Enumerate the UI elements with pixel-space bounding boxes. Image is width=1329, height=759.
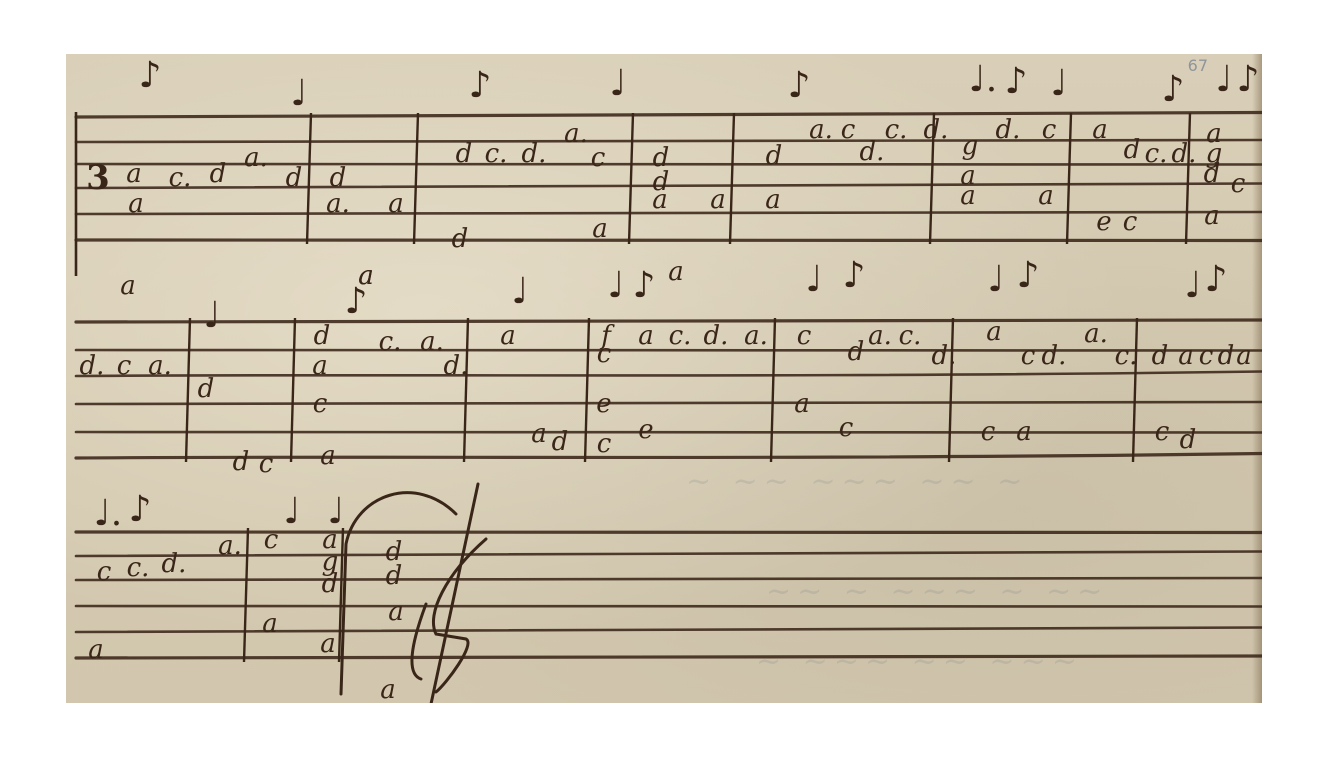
tablature-letter: a — [358, 263, 374, 289]
tablature-letter: d — [198, 376, 215, 402]
rhythm-flag-icon: ♪ — [633, 268, 656, 304]
tablature-letter: c — [981, 419, 996, 445]
tablature-letter: c — [313, 391, 328, 417]
tablature-letter: a — [638, 323, 654, 349]
tablature-letter: c. — [485, 141, 508, 167]
rhythm-flag-icon: ♪ — [1237, 62, 1260, 98]
tablature-letter: a. — [868, 323, 892, 349]
tablature-letter: a — [531, 421, 547, 447]
tablature-letter: c. — [1115, 343, 1138, 369]
rhythm-flag-icon: ♪ — [1017, 258, 1040, 294]
barline — [307, 113, 311, 244]
tablature-letter: c — [1021, 343, 1036, 369]
tablature-letter: a — [312, 353, 328, 379]
rhythm-flag-icon: ♪ — [843, 258, 866, 294]
tablature-letter: d — [1218, 343, 1235, 369]
tablature-letter: c — [597, 341, 612, 367]
tablature-letter: a — [668, 259, 684, 285]
tablature-letter: e — [1096, 209, 1111, 235]
time-signature: 3 — [86, 161, 110, 195]
tablature-letter: a — [1178, 343, 1194, 369]
tablature-letter: c. — [899, 323, 922, 349]
rhythm-flag-icon: ♩ — [988, 262, 1005, 298]
tablature-letter: d. — [704, 323, 729, 349]
tablature-letter: c — [597, 431, 612, 457]
tablature-letter: c — [1155, 419, 1170, 445]
staff-line — [76, 552, 1262, 557]
rhythm-flag-icon: ♪ — [1005, 64, 1028, 100]
tablature-letter: a — [126, 161, 142, 187]
tablature-letter: c. — [885, 117, 908, 143]
tablature-letter: d — [286, 165, 303, 191]
tablature-letter: a — [388, 191, 404, 217]
tablature-letter: a. — [1084, 321, 1108, 347]
tablature-letter: a — [88, 637, 104, 663]
staff-line — [76, 212, 1262, 215]
barline — [949, 318, 953, 462]
tablature-letter: d. — [924, 117, 949, 143]
rhythm-flag-icon: ♩ — [610, 66, 627, 102]
tablature-letter: d. — [444, 353, 469, 379]
tablature-letter: a — [592, 216, 608, 242]
barline — [1186, 113, 1190, 244]
tablature-letter: d. — [162, 551, 187, 577]
tablature-letter: d — [314, 323, 331, 349]
tablature-letter: a. — [420, 329, 444, 355]
staff-line — [76, 656, 1262, 658]
tablature-letter: d — [330, 165, 347, 191]
tablature-letter: c — [1123, 209, 1138, 235]
tablature-letter: c — [1231, 171, 1246, 197]
tablature-letter: a — [1038, 183, 1054, 209]
tablature-letter: a. — [148, 353, 172, 379]
tablature-letter: d — [386, 563, 403, 589]
tablature-letter: d — [452, 226, 469, 252]
staff-line — [76, 628, 1262, 633]
barline — [186, 318, 190, 462]
tablature-letter: d — [233, 449, 250, 475]
staff-line — [76, 578, 1262, 580]
tablature-letter: d. — [932, 343, 957, 369]
rhythm-flag-icon: ♩ — [1051, 66, 1068, 102]
tablature-letter: e — [596, 391, 611, 417]
rhythm-flag-icon: ♩ — [608, 268, 625, 304]
tablature-letter: d — [1152, 343, 1169, 369]
rhythm-flag-icon: ♩ — [1185, 268, 1202, 304]
tablature-letter: c — [591, 145, 606, 171]
tablature-letter: d — [322, 571, 339, 597]
tablature-letter: e — [638, 417, 653, 443]
tablature-letter: d — [210, 161, 227, 187]
tablature-letter: a — [960, 183, 976, 209]
tablature-letter: a — [380, 677, 396, 703]
tablature-letter: a — [500, 323, 516, 349]
staff-line — [76, 402, 1262, 404]
tablature-letter: c — [839, 415, 854, 441]
tablature-letter: d — [1204, 161, 1221, 187]
rhythm-flag-icon: ♩ — [204, 298, 221, 334]
rhythm-flag-icon: ♪ — [139, 58, 162, 94]
staff-line — [76, 454, 1262, 459]
barline — [1133, 318, 1137, 462]
rhythm-flag-icon: ♪ — [129, 492, 152, 528]
tablature-letter: d — [1124, 137, 1141, 163]
tablature-letter: c. — [169, 165, 192, 191]
tablature-letter: a — [652, 187, 668, 213]
tablature-letter: c — [841, 117, 856, 143]
final-flourish — [341, 484, 486, 703]
barline — [291, 318, 295, 462]
rhythm-flag-icon: ♩ — [284, 494, 301, 530]
system-3 — [76, 528, 1262, 662]
barline — [629, 113, 633, 244]
tablature-letter: d. — [860, 139, 885, 165]
tablature-letter: a — [128, 191, 144, 217]
tablature-letter: a. — [218, 533, 242, 559]
tablature-letter: d. — [1042, 343, 1067, 369]
tablature-letter: a — [986, 319, 1002, 345]
rhythm-flag-icon: ♪ — [788, 68, 811, 104]
tablature-letter: a — [710, 187, 726, 213]
rhythm-flag-icon: ♩. — [94, 496, 122, 532]
rhythm-flag-icon: ♩ — [512, 274, 529, 310]
tablature-letter: a — [1236, 343, 1252, 369]
tablature-letter: c — [797, 323, 812, 349]
rhythm-flag-icon: ♩ — [1216, 62, 1233, 98]
tablature-letter: c. — [127, 555, 150, 581]
tablature-letter: c — [259, 451, 274, 477]
tablature-letter: d — [848, 339, 865, 365]
tablature-letter: c — [1042, 117, 1057, 143]
barline — [414, 113, 418, 244]
tablature-letter: a. — [809, 117, 833, 143]
tablature-letter: d. — [80, 353, 105, 379]
image-viewer: ~ ~~ ~~~ ~~ ~~~ ~ ~~~ ~ ~~~ ~~~ ~~ ~~~ ♪… — [0, 0, 1329, 759]
rhythm-flag-icon: ♩. — [969, 62, 997, 98]
tablature-letter: c — [264, 527, 279, 553]
barline — [244, 528, 248, 662]
tablature-letter: c — [117, 353, 132, 379]
barline — [585, 318, 589, 462]
tablature-letter: c — [97, 559, 112, 585]
tablature-letter: a — [1016, 419, 1032, 445]
rhythm-flag-icon: ♩ — [291, 76, 308, 112]
tablature-letter: a. — [744, 323, 768, 349]
tablature-letter: d — [552, 429, 569, 455]
rhythm-flag-icon: ♪ — [1205, 262, 1228, 298]
tablature-letter: g — [962, 133, 979, 159]
staff-line — [76, 532, 1262, 534]
tablature-letter: c. — [379, 329, 402, 355]
tablature-letter: a — [320, 631, 336, 657]
folio-number: 67 — [1188, 56, 1208, 75]
tablature-letter: d. — [1172, 141, 1197, 167]
tablature-letter: d — [456, 141, 473, 167]
tablature-letter: d — [766, 143, 783, 169]
tablature-letter: a — [262, 611, 278, 637]
barline — [464, 318, 468, 462]
barline — [771, 318, 775, 462]
tablature-letter: a — [765, 187, 781, 213]
staff-line — [76, 113, 1262, 118]
rhythm-flag-icon: ♪ — [469, 68, 492, 104]
tablature-letter: a — [1204, 203, 1220, 229]
tablature-letter: a — [388, 599, 404, 625]
tablature-letter: a — [1092, 117, 1108, 143]
tablature-letter: a. — [326, 191, 350, 217]
tablature-letter: a — [120, 273, 136, 299]
tablature-letter: d — [1180, 427, 1197, 453]
rhythm-flag-icon: ♩ — [806, 262, 823, 298]
barline — [730, 113, 734, 244]
staff-line — [76, 606, 1262, 608]
tablature-letter: c. — [669, 323, 692, 349]
rhythm-flag-icon: ♪ — [1162, 72, 1185, 108]
tablature-letter: a. — [244, 145, 268, 171]
tablature-letter: d. — [996, 117, 1021, 143]
tablature-letter: c. — [1145, 141, 1168, 167]
tablature-letter: c — [1199, 343, 1214, 369]
staff-line — [76, 432, 1262, 433]
staff-line — [76, 372, 1262, 377]
tablature-letter: a — [794, 391, 810, 417]
barline — [1067, 113, 1071, 244]
tablature-letter: a — [320, 443, 336, 469]
staff-line — [76, 240, 1262, 241]
tablature-letter: d. — [522, 141, 547, 167]
tablature-letter: a. — [564, 121, 588, 147]
manuscript-page: ~ ~~ ~~~ ~~ ~~~ ~ ~~~ ~ ~~~ ~~~ ~~ ~~~ ♪… — [66, 54, 1262, 703]
